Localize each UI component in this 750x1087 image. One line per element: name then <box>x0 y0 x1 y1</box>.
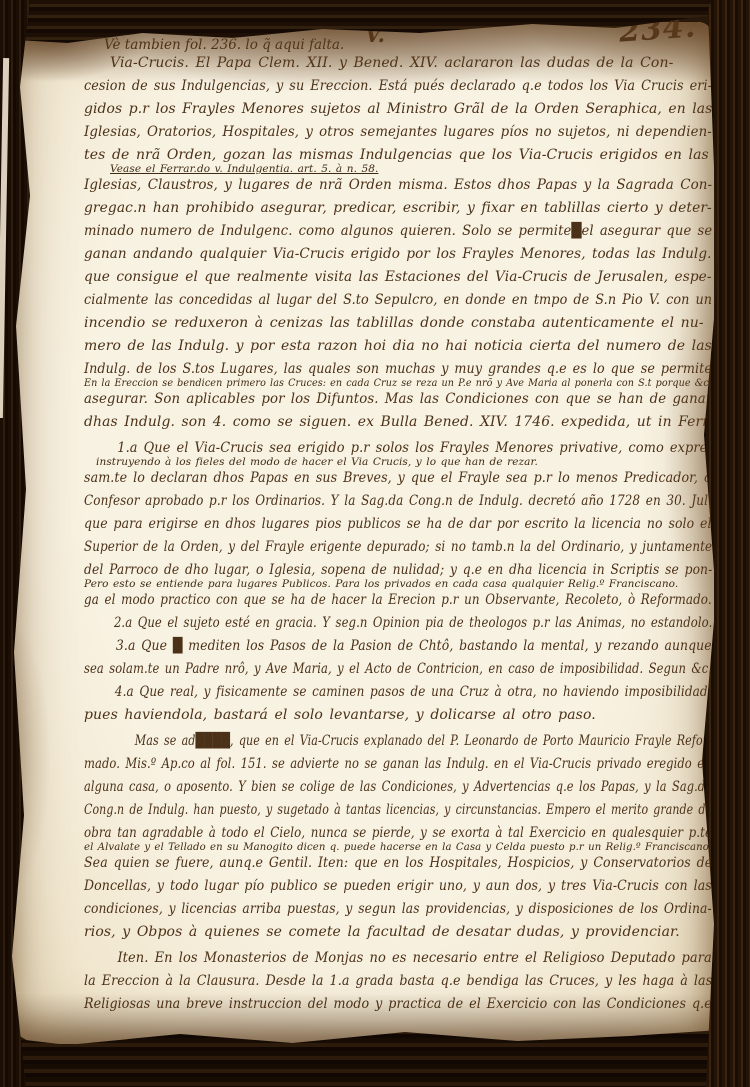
text-line: mero de las Indulg. y por esta razon hoi… <box>84 335 710 358</box>
text-line: gidos p.r los Frayles Menores sujetos al… <box>84 98 707 121</box>
text-line: minado numero de Indulgenc. como algunos… <box>84 220 674 243</box>
text-line: 4.a Que real, y fisicamente se caminen p… <box>84 681 623 704</box>
text-line: mado. Mis.º Ap.co al fol. 151. se advier… <box>84 753 601 776</box>
text-line: 1.a Que el Via-Crucis sea erigido p.r so… <box>84 437 664 460</box>
text-line: dhas Indulg. son 4. como se siguen. ex B… <box>84 411 708 434</box>
text-line: asegurar. Son aplicables por los Difunto… <box>84 388 681 411</box>
text-line: la Ereccion à la Clausura. Desde la 1.a … <box>84 970 654 993</box>
text-line: que consigue el que realmente visita las… <box>84 266 697 289</box>
text-line: Via-Crucis. El Papa Clem. XII. y Bened. … <box>84 52 712 75</box>
text-line: Superior de la Orden, y del Frayle erige… <box>84 536 620 559</box>
manuscript-text: Via-Crucis. El Papa Clem. XII. y Bened. … <box>84 52 712 1016</box>
text-line: cesion de sus Indulgencias, y su Ereccio… <box>84 75 658 98</box>
text-line: Doncellas, y todo lugar pío publico se p… <box>84 875 647 898</box>
folio-number: 234. <box>618 9 697 49</box>
text-line: Religiosas una breve instruccion del mod… <box>84 993 651 1016</box>
text-line: sam.te lo declaran dhos Papas en sus Bre… <box>84 467 651 490</box>
ink-text-layer: 234. V. Vè tambien fol. 236. lo q̃ aqui … <box>0 0 750 1087</box>
text-line: Iglesias, Oratorios, Hospitales, y otros… <box>84 121 681 144</box>
text-line: pues haviendola, bastará el solo levanta… <box>84 704 712 727</box>
text-line: ga el modo practico con que se ha de hac… <box>84 589 618 612</box>
text-line: Mas se ad████, que en el Via-Crucis expl… <box>84 730 583 753</box>
text-line: condiciones, y licencias arriba puestas,… <box>84 898 636 921</box>
text-line: Iglesias, Claustros, y lugares de nrã Or… <box>84 174 687 197</box>
text-line: Cong.n de Indulg. han puesto, y sugetado… <box>84 799 577 822</box>
text-line: Sea quien se fuere, aunq.e Gentil. Iten:… <box>84 852 647 875</box>
manuscript-photo: 234. V. Vè tambien fol. 236. lo q̃ aqui … <box>0 0 750 1087</box>
text-line: 3.a Que █ mediten los Pasos de la Pasion… <box>84 635 641 658</box>
text-line: 2.a Que el sujeto esté en gracia. Y seg.… <box>84 612 606 635</box>
text-line: Confesor aprobado p.r los Ordinarios. Y … <box>84 490 623 513</box>
text-line: Iten. En los Monasterios de Monjas no es… <box>84 947 667 970</box>
text-line: sea solam.te un Padre nrô, y Ave Maria, … <box>84 658 601 681</box>
text-line: alguna casa, o aposento. Y bien se colig… <box>84 776 595 799</box>
text-line: que para erigirse en dhos lugares pios p… <box>84 513 643 536</box>
insertion-note: Vè tambien fol. 236. lo q̃ aqui falta. <box>104 37 344 53</box>
text-line: incendio se reduxeron à cenizas las tabl… <box>84 312 712 335</box>
text-line: cialmente las concedidas al lugar del S.… <box>84 289 658 312</box>
text-line: gregac.n han prohibido asegurar, predica… <box>84 197 703 220</box>
text-line: ganan andando qualquier Via-Crucis erigi… <box>84 243 692 266</box>
text-line: rios, y Obpos à quienes se comete la fac… <box>84 921 712 944</box>
text-line: del Parroco de dho lugar, o Iglesia, sop… <box>84 559 636 582</box>
